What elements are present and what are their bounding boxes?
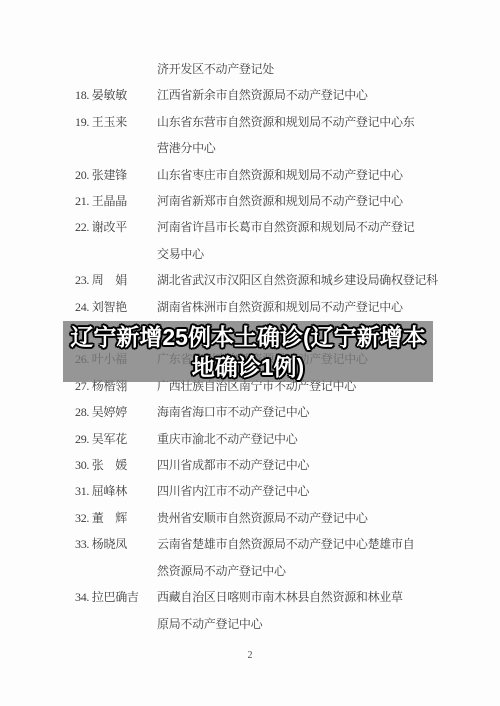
headline-text: 辽宁新增25例本土确诊(辽宁新增本 地确诊1例) (63, 322, 433, 382)
row-organization: 山东省枣庄市自然资源和规划局不动产登记中心 (157, 162, 403, 188)
row-organization: 四川省内江市不动产登记中心 (157, 478, 309, 504)
list-row: 32. 董 辉 贵州省安顺市自然资源局不动产登记中心 (75, 505, 447, 531)
row-number-name: 30. 张 媛 (75, 452, 157, 478)
row-number-name: 31. 屈峰林 (75, 478, 157, 504)
row-number-name (75, 56, 157, 82)
row-number-name: 33. 杨晓凤 (75, 531, 157, 584)
row-organization: 贵州省安顺市自然资源局不动产登记中心 (157, 505, 368, 531)
list-row: 19. 王玉来 山东省东营市自然资源和规划局不动产登记中心东营港分中心 (75, 109, 447, 162)
row-organization: 重庆市渝北不动产登记中心 (157, 426, 297, 452)
row-organization: 济开发区不动产登记处 (157, 56, 274, 82)
row-number-name: 29. 吴军花 (75, 426, 157, 452)
list-row: 34. 拉巴确吉 西藏自治区日喀则市南木林县自然资源和林业草原局不动产登记中心 (75, 584, 447, 637)
row-number-name: 23. 周 娟 (75, 267, 157, 293)
row-organization: 西藏自治区日喀则市南木林县自然资源和林业草原局不动产登记中心 (157, 584, 403, 637)
row-organization: 湖南省株洲市自然资源和规划局不动产登记中心 (157, 294, 403, 320)
list-row: 18. 晏敏敏 江西省新余市自然资源局不动产登记中心 (75, 82, 447, 108)
row-organization: 云南省楚雄市自然资源局不动产登记中心楚雄市自然资源局不动产登记中心 (157, 531, 414, 584)
row-number-name: 21. 王晶晶 (75, 188, 157, 214)
list-row: 22. 谢改平 河南省许昌市长葛市自然资源和规划局不动产登记交易中心 (75, 214, 447, 267)
row-number-name: 24. 刘智艳 (75, 294, 157, 320)
row-organization: 湖北省武汉市汉阳区自然资源和城乡建设局确权登记科 (157, 267, 438, 293)
list-row: 33. 杨晓凤 云南省楚雄市自然资源局不动产登记中心楚雄市自然资源局不动产登记中… (75, 531, 447, 584)
headline-overlay: 辽宁新增25例本土确诊(辽宁新增本 地确诊1例) (63, 321, 433, 382)
row-organization: 江西省新余市自然资源局不动产登记中心 (157, 82, 368, 108)
list-row: 24. 刘智艳 湖南省株洲市自然资源和规划局不动产登记中心 (75, 294, 447, 320)
row-organization: 河南省许昌市长葛市自然资源和规划局不动产登记交易中心 (157, 214, 414, 267)
row-number-name: 32. 董 辉 (75, 505, 157, 531)
row-number-name: 19. 王玉来 (75, 109, 157, 162)
row-organization: 海南省海口市不动产登记中心 (157, 399, 309, 425)
row-number-name: 22. 谢改平 (75, 214, 157, 267)
headline-line-1: 辽宁新增25例本土确诊(辽宁新增本 (63, 322, 433, 352)
row-number-name: 34. 拉巴确吉 (75, 584, 157, 637)
list-row: 29. 吴军花 重庆市渝北不动产登记中心 (75, 426, 447, 452)
row-number-name: 28. 吴婷婷 (75, 399, 157, 425)
list-row: 21. 王晶晶 河南省新郑市自然资源和规划局不动产登记中心 (75, 188, 447, 214)
list-row: 31. 屈峰林 四川省内江市不动产登记中心 (75, 478, 447, 504)
list-row: 20. 张建锋 山东省枣庄市自然资源和规划局不动产登记中心 (75, 162, 447, 188)
row-continuation: 济开发区不动产登记处 (75, 56, 447, 82)
list-row: 28. 吴婷婷 海南省海口市不动产登记中心 (75, 399, 447, 425)
list-row: 23. 周 娟 湖北省武汉市汉阳区自然资源和城乡建设局确权登记科 (75, 267, 447, 293)
headline-line-2: 地确诊1例) (63, 352, 433, 382)
row-organization: 河南省新郑市自然资源和规划局不动产登记中心 (157, 188, 403, 214)
row-organization: 四川省成都市不动产登记中心 (157, 452, 309, 478)
row-number-name: 18. 晏敏敏 (75, 82, 157, 108)
list-row: 30. 张 媛 四川省成都市不动产登记中心 (75, 452, 447, 478)
row-number-name: 20. 张建锋 (75, 162, 157, 188)
row-organization: 山东省东营市自然资源和规划局不动产登记中心东营港分中心 (157, 109, 414, 162)
page-number: 2 (0, 650, 500, 661)
